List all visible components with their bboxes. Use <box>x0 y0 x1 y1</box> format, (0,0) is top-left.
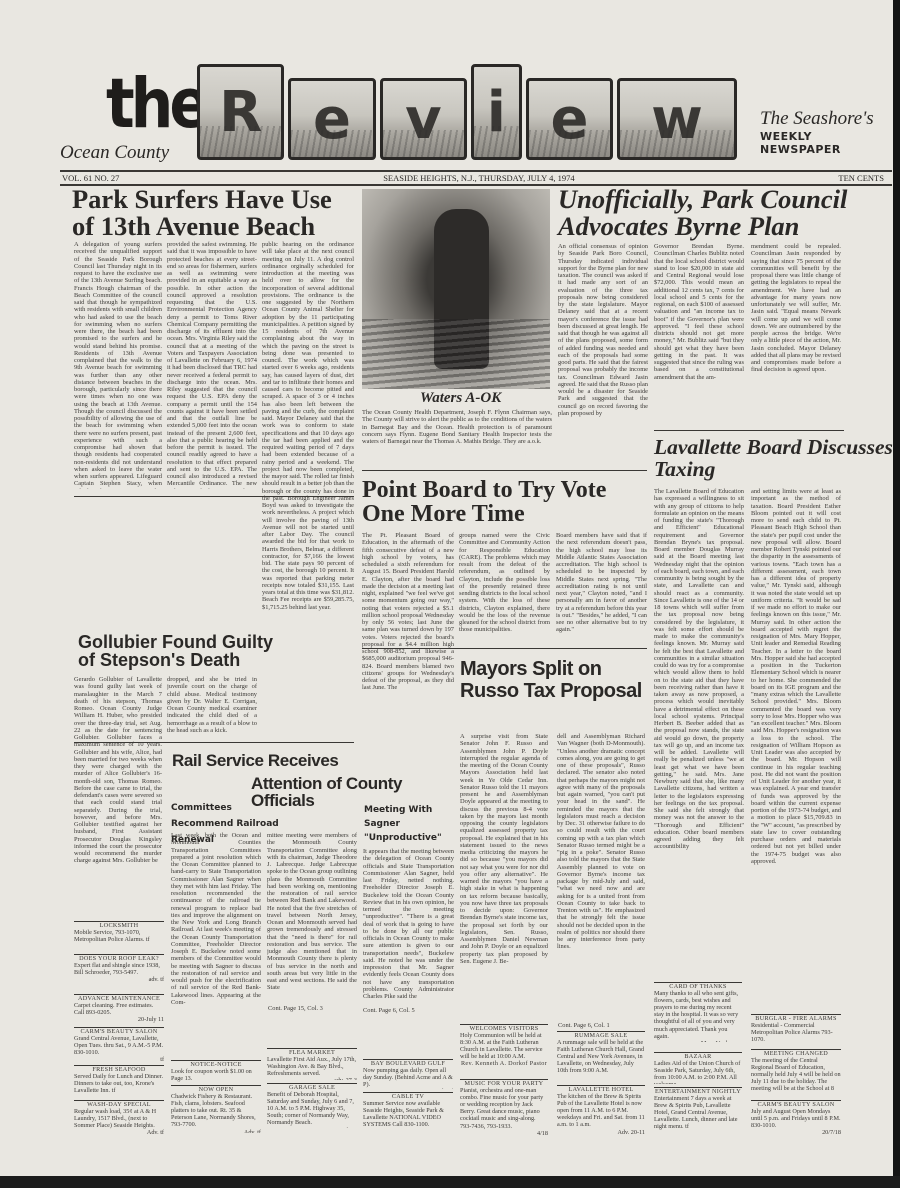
divider <box>74 742 354 743</box>
article-rail-col2: mittee meeting were members of the Monmo… <box>267 832 357 1007</box>
article-point-col1: The Pt. Pleasant Board of Education, in … <box>362 532 454 707</box>
article-lavallette-col1: The Lavallette Board of Education has ex… <box>654 488 744 948</box>
place-date: SEASIDE HEIGHTS, N.J., THURSDAY, JULY 4,… <box>383 173 574 183</box>
photo-water <box>362 319 550 389</box>
scan-edge-right <box>893 0 900 1188</box>
logo-letter: e <box>526 78 613 160</box>
classified-ad: DOES YOUR ROOF LEAK?Expert flat and shin… <box>74 954 164 984</box>
classified-ad: CABLE TVSummer Service now available Sea… <box>363 1092 453 1134</box>
divider <box>362 648 647 649</box>
article-rail-col1: Last week, both the Ocean and Monmouth C… <box>171 832 261 1017</box>
logo-letter: e <box>288 78 375 160</box>
classified-ad: GARAGE SALEBenefit of Deborah Hospital, … <box>267 1083 357 1128</box>
classified-ad: CARM'S BEAUTY SALONJuly and August Open … <box>751 1100 841 1150</box>
logo-letter: v <box>380 78 467 160</box>
classified-ad: FLEA MARKETLavallette First Aid Aux., Ju… <box>267 1048 357 1080</box>
article-byrne-col3: mendment could be repealed. Councilman J… <box>751 243 841 423</box>
article-byrne-col1: An official consensus of opinion by Seas… <box>558 243 648 467</box>
classified-ad: NOW OPENChadwick Fishery & Restaurant. F… <box>171 1085 261 1133</box>
masthead-ocean-county: Ocean County <box>60 142 169 164</box>
article-mayors-col2: dell and Assemblyman Richard Van Wagner … <box>557 733 645 1003</box>
classified-ad: MUSIC FOR YOUR PARTYPianist, orchestra a… <box>460 1079 548 1137</box>
rail-cont-link[interactable]: Cont. Page 15, Col. 3 <box>268 1005 323 1012</box>
classified-ad: BURGLAR - FIRE ALARMSResidential - Comme… <box>751 1014 841 1044</box>
classified-ad: NOTICE-NOTICELook for coupon worth $1.00… <box>171 1060 261 1082</box>
tagline-seashores: The Seashore's <box>760 108 890 130</box>
masthead-the: the <box>106 70 206 139</box>
classified-ad: ADVANCE MAINTENANCECarpet cleaning. Free… <box>74 994 164 1024</box>
mayors-cont-link[interactable]: Cont. Page 6, Col. 1 <box>558 1022 610 1029</box>
sagner-cont-link[interactable]: Cont. Page 6, Col. 5 <box>363 1007 415 1014</box>
photo-caption-title: Waters A-OK <box>420 391 560 406</box>
price: TEN CENTS <box>838 173 884 183</box>
article-surfers-col2: provided the safest swimming. He said th… <box>167 241 257 489</box>
classified-ad: LAVALLETTE HOTELThe kitchen of the Brew … <box>557 1085 645 1137</box>
headline-rail-1: Rail Service Receives <box>172 752 372 769</box>
photo-caption: The Ocean County Health Department, Jose… <box>362 409 552 459</box>
classified-ad: FRESH SEAFOODServed Daily for Lunch and … <box>74 1065 164 1097</box>
classified-ad: BAZAARLadies Aid of the Union Church of … <box>654 1052 742 1084</box>
article-gollubier-col2: dropped, and she be tried in juvenile co… <box>167 676 257 736</box>
classified-ad: CARM'S BEAUTY SALONGrand Central Avenue,… <box>74 1027 164 1063</box>
headline-point-board: Point Board to Try Vote One More Time <box>362 478 647 527</box>
headline-byrne: Unofficially, Park Council Advocates Byr… <box>558 186 888 240</box>
logo-letter: w <box>617 78 737 160</box>
subhead-sagner: Meeting With Sagner "Unproductive" <box>364 803 454 845</box>
classified-ad: BAY BOULEVARD GULFNow pumping gas daily.… <box>363 1059 453 1089</box>
headline-surfers: Park Surfers Have Use of 13th Avenue Bea… <box>72 186 352 240</box>
classified-ad: ENTERTAINMENT NIGHTLYEntertainment 7 day… <box>654 1087 742 1135</box>
classified-ad: LOCKSMITHMobile Service, 793-1070, Metro… <box>74 921 164 951</box>
photo-wader <box>362 189 550 389</box>
logo-letter: i <box>471 64 522 160</box>
masthead-tagline: The Seashore's WEEKLY NEWSPAPER <box>760 108 890 156</box>
classified-ad: CARD OF THANKSMany thanks to all who sen… <box>654 982 742 1042</box>
divider <box>74 496 354 497</box>
classified-ad: MEETING CHANGEDThe meeting of the Centra… <box>751 1049 841 1093</box>
headline-lavallette: Lavallette Board Discusses Taxing <box>654 437 894 481</box>
classified-ad: RUMMAGE SALEA rummage sale will be held … <box>557 1031 645 1077</box>
headline-mayors: Mayors Split on Russo Tax Proposal <box>460 658 650 702</box>
masthead: the Ocean County R e v i e w The Seashor… <box>60 60 890 170</box>
tagline-weekly: WEEKLY NEWSPAPER <box>760 130 890 156</box>
divider <box>362 470 647 471</box>
article-lavallette-col2: and setting limits were at least as impo… <box>751 488 841 976</box>
divider <box>654 430 844 431</box>
article-byrne-col2: Governor Brendan Byrne. Councilman Charl… <box>654 243 744 423</box>
classified-ad: WASH-DAY SPECIALRegular wash load, 35¢ a… <box>74 1100 164 1140</box>
newspaper-page: the Ocean County R e v i e w The Seashor… <box>0 0 893 1178</box>
masthead-review-logo: R e v i e w <box>197 64 737 160</box>
article-rail-col3: It appears that the meeting between the … <box>363 848 454 998</box>
classified-ad: WELCOMES VISITORSHoly Communion will be … <box>460 1024 548 1076</box>
article-surfers-col1: A delegation of young surfers received t… <box>74 241 162 489</box>
logo-letter: R <box>197 64 284 160</box>
scan-edge-bottom <box>0 1176 900 1188</box>
volume-number: VOL. 61 NO. 27 <box>62 173 119 183</box>
article-point-col3: Board members have said that if the next… <box>556 532 647 640</box>
article-point-col2: groups named were the Civic Committee an… <box>459 532 550 660</box>
headline-gollubier: Gollubier Found Guilty of Stepson's Deat… <box>78 633 278 670</box>
article-surfers-col3: public hearing on the ordinance will tak… <box>262 241 354 671</box>
article-gollubier-col1: Gerardo Gollubier of Lavallette was foun… <box>74 676 162 894</box>
article-mayors-col1: A surprise visit from State Senator John… <box>460 733 548 1005</box>
